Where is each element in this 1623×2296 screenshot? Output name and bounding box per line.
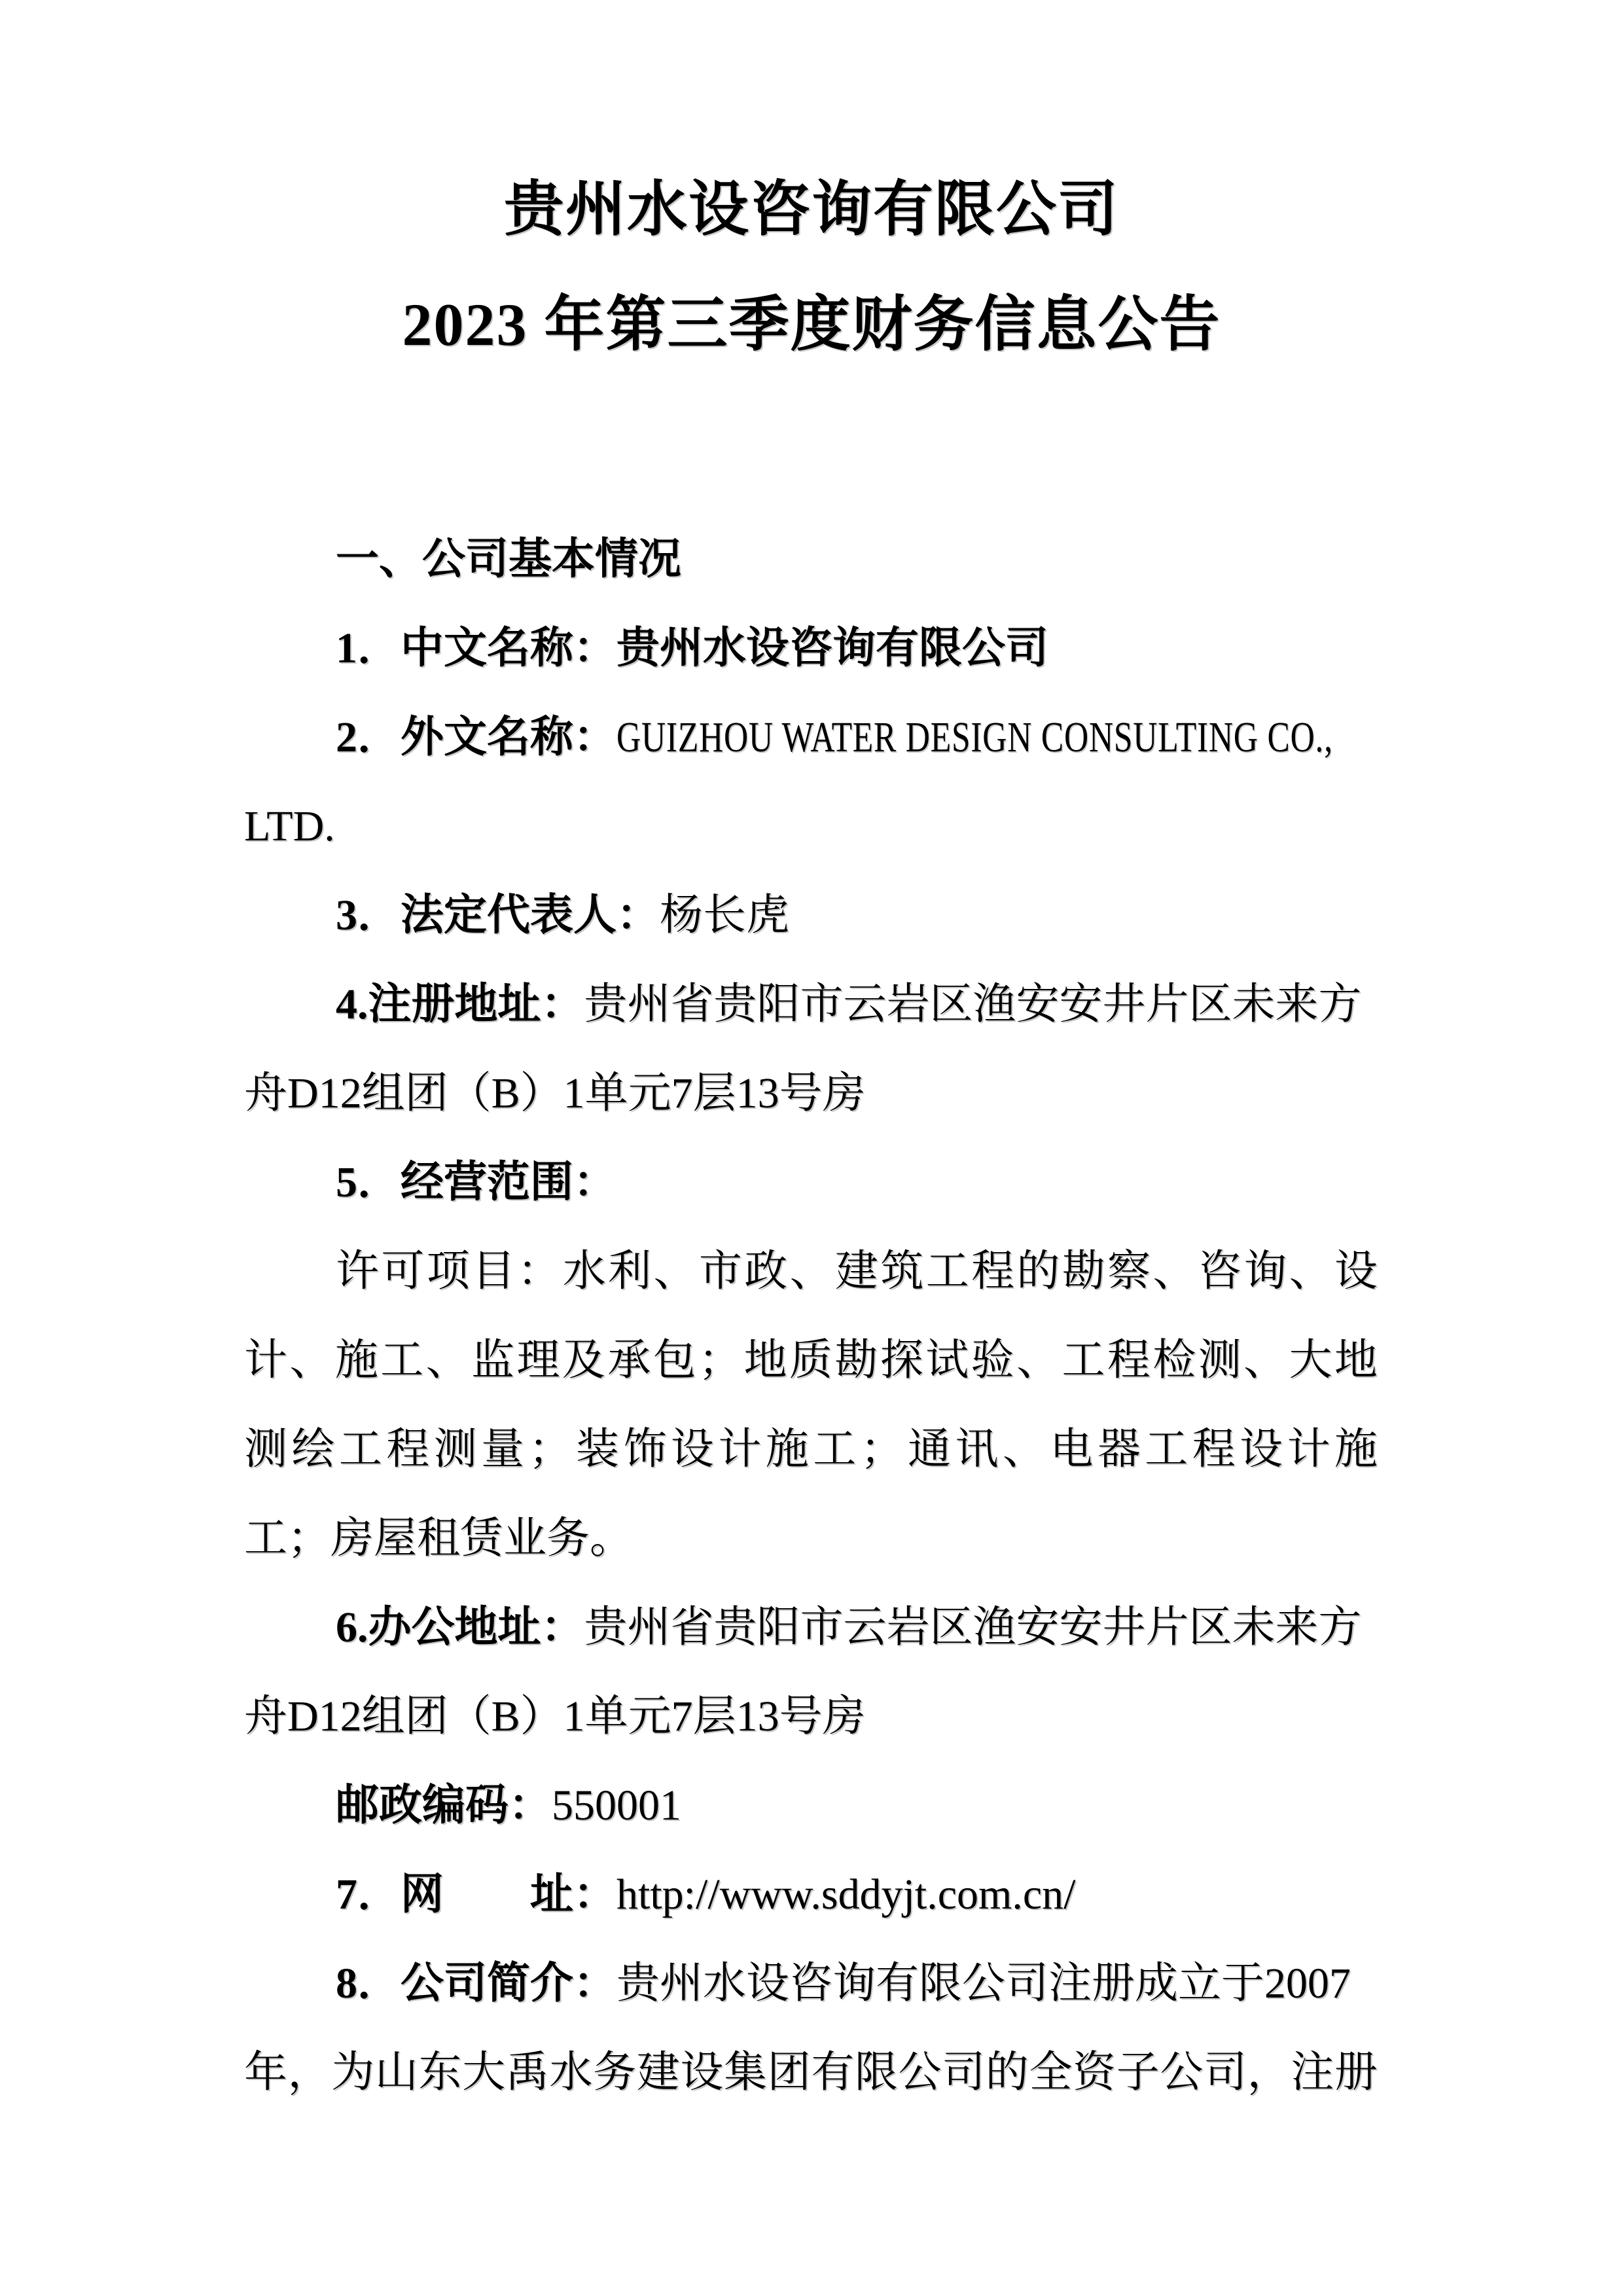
item-registered-address-continuation-text: 舟D12组团（B）1单元7层13号房	[244, 1069, 866, 1117]
item-foreign-name-label: 2．外文名称：	[336, 713, 616, 761]
item-business-scope: 5．经营范围：	[244, 1138, 1378, 1227]
business-scope-line-4-text: 工；房屋租赁业务。	[244, 1515, 633, 1562]
item-chinese-name-label: 1．中文名称：	[336, 624, 616, 672]
business-scope-line-4: 工；房屋租赁业务。	[244, 1494, 1378, 1583]
business-scope-line-2: 计、施工、监理及承包；地质勘探试验、工程检测、大地	[244, 1316, 1378, 1405]
item-postal-code: 邮政编码：550001	[244, 1761, 1378, 1850]
item-office-address-label: 6.办公地址：	[336, 1604, 584, 1651]
item-foreign-name-continuation: LTD.	[244, 782, 1378, 871]
item-registered-address-value: 贵州省贵阳市云岩区渔安安井片区未来方	[584, 980, 1362, 1028]
item-office-address-value: 贵州省贵阳市云岩区渔安安井片区未来方	[584, 1604, 1362, 1651]
item-business-scope-label: 5．经营范围：	[336, 1158, 616, 1206]
item-office-address-continuation-text: 舟D12组团（B）1单元7层13号房	[244, 1693, 866, 1740]
business-scope-line-1-text: 许可项目：水利、市政、建筑工程的勘察、咨询、设	[336, 1247, 1378, 1295]
item-foreign-name-continuation-text: LTD.	[244, 802, 335, 850]
item-legal-representative-label: 3．法定代表人：	[336, 891, 660, 939]
document-title-block: 贵州水设咨询有限公司 2023 年第三季度财务信息公告	[0, 152, 1623, 382]
item-office-address-continuation: 舟D12组团（B）1单元7层13号房	[244, 1672, 1378, 1761]
business-scope-line-2-text: 计、施工、监理及承包；地质勘探试验、工程检测、大地	[244, 1336, 1378, 1384]
item-foreign-name-value: GUIZHOU WATER DESIGN CONSULTING CO.,	[616, 693, 1333, 782]
item-chinese-name-value: 贵州水设咨询有限公司	[616, 624, 1048, 672]
item-company-profile: 8．公司简介：贵州水设咨询有限公司注册成立于2007	[244, 1939, 1378, 2028]
document-title-line1: 贵州水设咨询有限公司	[0, 152, 1623, 267]
company-profile-continuation: 年，为山东大禹水务建设集团有限公司的全资子公司，注册	[244, 2028, 1378, 2117]
item-registered-address-continuation: 舟D12组团（B）1单元7层13号房	[244, 1049, 1378, 1138]
item-postal-code-label: 邮政编码：	[336, 1782, 552, 1829]
business-scope-line-3-text: 测绘工程测量；装饰设计施工；通讯、电器工程设计施	[244, 1426, 1378, 1473]
business-scope-line-1: 许可项目：水利、市政、建筑工程的勘察、咨询、设	[244, 1227, 1378, 1316]
business-scope-line-3: 测绘工程测量；装饰设计施工；通讯、电器工程设计施	[244, 1405, 1378, 1494]
company-profile-continuation-text: 年，为山东大禹水务建设集团有限公司的全资子公司，注册	[244, 2049, 1378, 2096]
item-registered-address: 4.注册地址：贵州省贵阳市云岩区渔安安井片区未来方	[244, 960, 1378, 1049]
item-legal-representative-value: 杨长虎	[660, 891, 789, 939]
item-registered-address-label: 4.注册地址：	[336, 980, 584, 1028]
document-body: 一、公司基本情况 1．中文名称：贵州水设咨询有限公司 2．外文名称：GUIZHO…	[244, 515, 1378, 2117]
item-website-label: 7．网 址：	[336, 1871, 616, 1918]
document-page: 贵州水设咨询有限公司 2023 年第三季度财务信息公告 一、公司基本情况 1．中…	[0, 0, 1623, 2296]
item-legal-representative: 3．法定代表人：杨长虎	[244, 871, 1378, 960]
section-heading-text: 一、公司基本情况	[336, 535, 681, 583]
item-company-profile-value: 贵州水设咨询有限公司注册成立于2007	[616, 1960, 1351, 2007]
item-website-url: http://www.sddyjt.com.cn/	[616, 1871, 1076, 1918]
section-heading: 一、公司基本情况	[244, 515, 1378, 604]
item-postal-code-value: 550001	[552, 1782, 681, 1829]
item-chinese-name: 1．中文名称：贵州水设咨询有限公司	[244, 604, 1378, 693]
document-title-line2: 2023 年第三季度财务信息公告	[0, 267, 1623, 382]
item-company-profile-label: 8．公司简介：	[336, 1960, 616, 2007]
item-office-address: 6.办公地址：贵州省贵阳市云岩区渔安安井片区未来方	[244, 1583, 1378, 1672]
item-website: 7．网 址：http://www.sddyjt.com.cn/	[244, 1850, 1378, 1939]
item-foreign-name: 2．外文名称：GUIZHOU WATER DESIGN CONSULTING C…	[244, 693, 1378, 782]
